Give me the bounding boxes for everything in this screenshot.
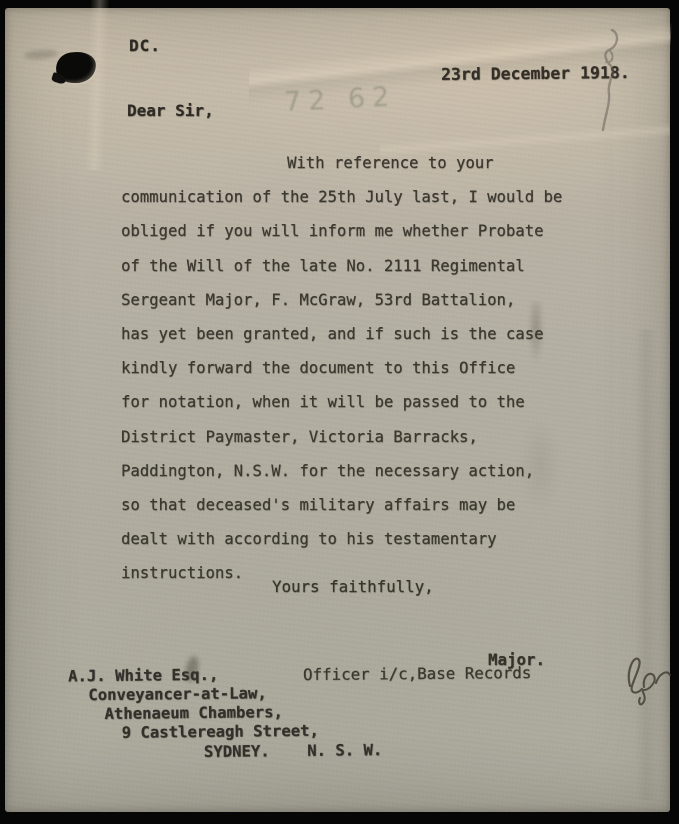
body-line: for notation, when it will be passed to …	[121, 385, 611, 419]
stamp-number: 72 62	[283, 81, 397, 118]
signature-title: Officer i/c,Base Records	[303, 663, 531, 684]
recipient-city: SYDNEY. N. S. W.	[204, 741, 383, 761]
body-line: kindly forward the document to this Offi…	[121, 351, 611, 385]
body-line: Paddington, N.S.W. for the necessary act…	[121, 454, 611, 488]
salutation: Dear Sir,	[127, 101, 214, 120]
recipient-name: A.J. White Esq.,	[68, 666, 218, 686]
body-line: Sergeant Major, F. McGraw, 53rd Battalio…	[121, 283, 611, 317]
letter-body: With reference to your communication of …	[121, 146, 611, 590]
body-line: With reference to your	[121, 146, 611, 180]
letter-date: 23rd December 1918.	[441, 63, 630, 84]
body-line: dealt with according to his testamentary	[121, 522, 611, 556]
scanned-letter-page: DC. 23rd December 1918. 72 62 Dear Sir, …	[0, 0, 679, 824]
closing-salutation: Yours faithfully,	[272, 577, 434, 596]
body-line: has yet been granted, and if such is the…	[121, 317, 611, 351]
body-line: communication of the 25th July last, I w…	[121, 180, 611, 214]
body-line: so that deceased's military affairs may …	[121, 488, 611, 522]
body-line: District Paymaster, Victoria Barracks,	[121, 420, 611, 454]
recipient-building: Athenaeum Chambers,	[104, 703, 283, 723]
recipient-occupation: Conveyancer-at-Law,	[88, 684, 267, 704]
recipient-street: 9 Castlereagh Street,	[122, 722, 319, 742]
body-line: of the Will of the late No. 2111 Regimen…	[121, 249, 611, 283]
body-line: obliged if you will inform me whether Pr…	[121, 214, 611, 248]
reference-code: DC.	[129, 36, 161, 55]
